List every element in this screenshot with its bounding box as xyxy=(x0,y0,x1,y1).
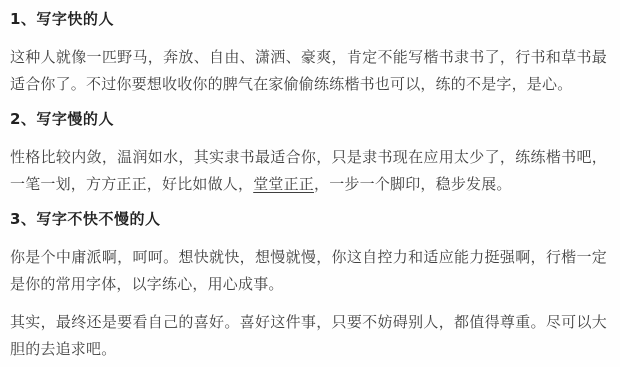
closing-paragraph: 其实，最终还是要看自己的喜好。喜好这件事，只要不妨碍别人，都值得尊重。尽可以大胆… xyxy=(10,309,607,363)
section-2-text-after: ，一步一个脚印，稳步发展。 xyxy=(314,175,512,193)
section-1-paragraph: 这种人就像一匹野马，奔放、自由、潇洒、豪爽，肯定不能写楷书隶书了，行书和草书最适… xyxy=(10,44,607,98)
article-body: 1、写字快的人 这种人就像一匹野马，奔放、自由、潇洒、豪爽，肯定不能写楷书隶书了… xyxy=(0,0,620,363)
section-2-paragraph: 性格比较内敛，温润如水，其实隶书最适合你，只是隶书现在应用太少了，练练楷书吧，一… xyxy=(10,144,607,198)
underlined-phrase: 堂堂正正 xyxy=(253,175,314,193)
page: 1、写字快的人 这种人就像一匹野马，奔放、自由、潇洒、豪爽，肯定不能写楷书隶书了… xyxy=(0,0,620,367)
section-1-heading: 1、写字快的人 xyxy=(10,9,607,29)
section-3-heading: 3、写字不快不慢的人 xyxy=(10,209,607,229)
section-3-paragraph: 你是个中庸派啊，呵呵。想快就快，想慢就慢，你这自控力和适应能力挺强啊，行楷一定是… xyxy=(10,244,607,298)
section-2-heading: 2、写字慢的人 xyxy=(10,109,607,129)
